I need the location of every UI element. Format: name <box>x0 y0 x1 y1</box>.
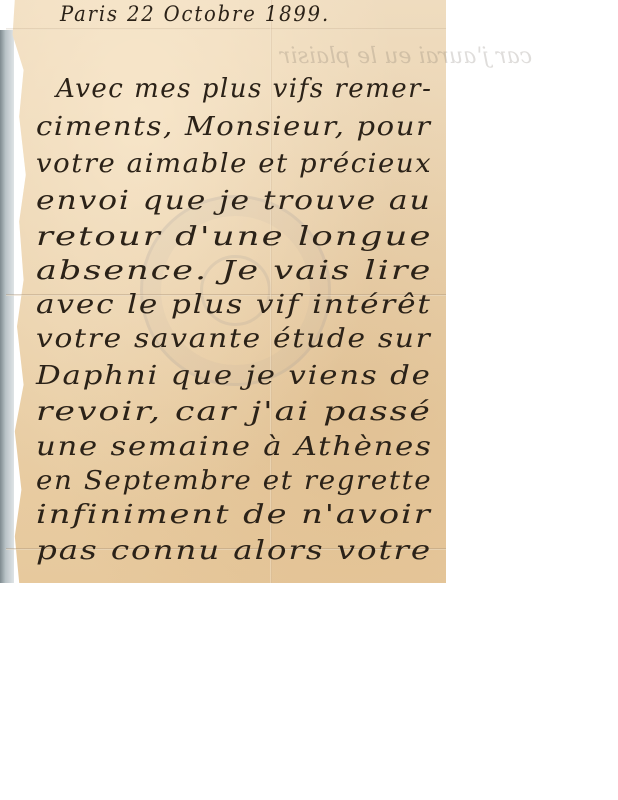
letter-line-5: retour d'une longue <box>36 222 433 252</box>
letter-line-13: infiniment de n'avoir <box>36 500 432 530</box>
letter-line-12: en Septembre et regrette <box>36 466 432 496</box>
letter-dateline: Paris 22 Octobre 1899. <box>60 2 330 26</box>
letter-line-2: ciments, Monsieur, pour <box>36 112 432 142</box>
bleed-through-text: car j'aurai eu le plaisir <box>280 44 532 69</box>
letter-line-4: envoi que je trouve au <box>36 186 432 216</box>
letter-line-3: votre aimable et précieux <box>36 149 432 179</box>
scanned-letter: car j'aurai eu le plaisir Paris 22 Octob… <box>0 0 446 583</box>
scan-backing-strip <box>0 30 14 583</box>
letter-line-8: votre savante étude sur <box>36 324 432 354</box>
letter-line-9: Daphni que je viens de <box>36 361 432 391</box>
letter-line-10: revoir, car j'ai passé <box>36 397 432 427</box>
letter-line-7: avec le plus vif intérêt <box>36 290 432 320</box>
letter-line-1: Avec mes plus vifs remer- <box>56 74 432 104</box>
letter-line-11: une semaine à Athènes <box>36 432 433 462</box>
top-fold <box>6 28 446 30</box>
letter-line-14: pas connu alors votre <box>36 536 432 566</box>
letter-line-6: absence. Je vais lire <box>36 256 432 286</box>
